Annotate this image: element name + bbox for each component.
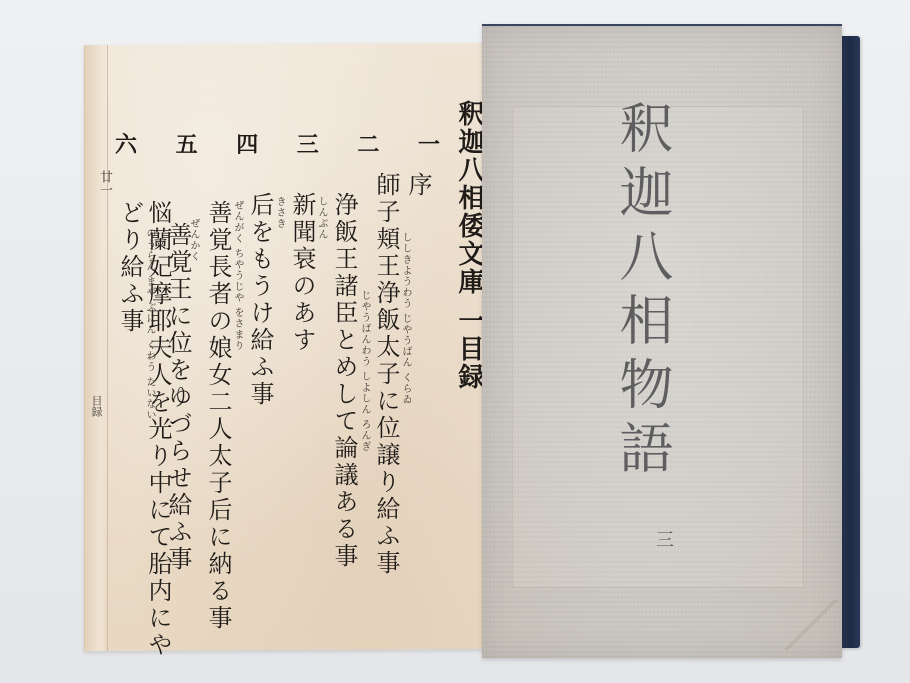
ruby-annotation: ししきようわう じやうばん くらゐ <box>398 232 413 405</box>
ruby-annotation: ぜんかく <box>186 218 201 262</box>
chapter-number: 一 <box>418 128 440 159</box>
chapter-numbers: 一 二 三 四 五 六 <box>115 128 440 159</box>
contents-entry: 善覚長者の娘女二人太子后に納る事 <box>204 200 232 632</box>
chapter-number: 二 <box>357 128 379 159</box>
book-photo: 釈迦八相倭文庫 一目録 一 二 三 四 五 六 廿一 目録 序 師子頬王浄飯太子… <box>0 0 910 683</box>
contents-entry: 后をもうけ給ふ事 <box>246 192 274 408</box>
contents-entry: 新聞衰のあす <box>288 192 316 354</box>
chapter-number: 六 <box>115 128 137 159</box>
contents-entry: 浄飯王諸臣とめして論議ある事 <box>330 192 358 570</box>
chapter-number: 四 <box>236 128 258 159</box>
contents-entry: 師子頬王浄飯太子に位譲り給ふ事 <box>372 172 400 577</box>
chapter-number: 三 <box>297 128 319 159</box>
ruby-annotation: しんぶん <box>314 196 329 240</box>
contents-entry: 序 <box>404 172 432 199</box>
chapter-number: 五 <box>176 128 198 159</box>
ruby-annotation: ぜんがく ちやうじや をさまり <box>230 200 245 351</box>
page-side-note: 廿一 <box>95 170 114 196</box>
cover-title: 釈迦八相物語 <box>612 100 672 484</box>
ruby-annotation: じやうばんわう しよしん ろんぎ <box>357 290 372 452</box>
contents-title: 釈迦八相倭文庫 一目録 <box>454 100 484 391</box>
ruby-annotation: のうらん まや ぶにん くわう たいない <box>142 228 157 421</box>
margin-label: 目録 <box>88 395 104 417</box>
cover-corner-fold <box>780 600 840 650</box>
page-fold <box>85 45 108 651</box>
ruby-annotation: きさき <box>272 196 287 229</box>
volume-number: 三 <box>650 530 676 548</box>
